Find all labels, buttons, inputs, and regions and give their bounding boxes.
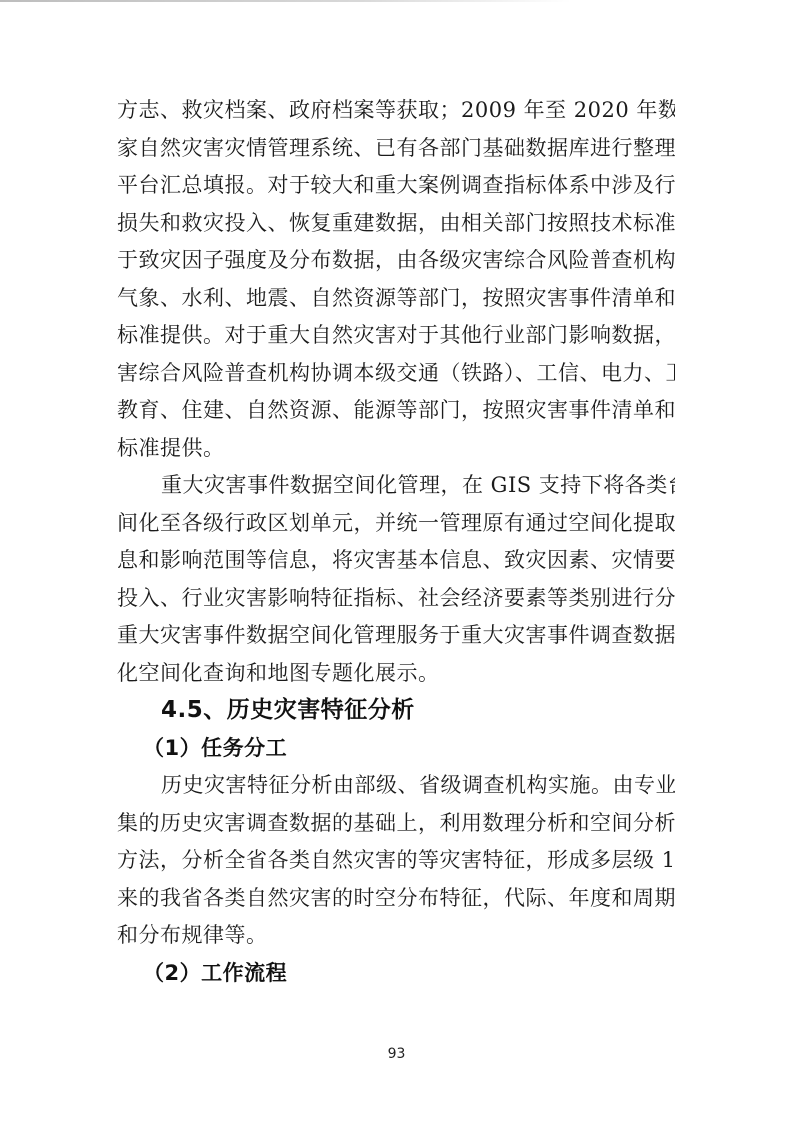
text-line: 于致灾因子强度及分布数据，由各级灾害综合风险普查机构协调本级 — [117, 242, 675, 280]
page-number: 93 — [0, 1046, 793, 1062]
text-line: 家自然灾害灾情管理系统、已有各部门基础数据库进行整理后，通过 — [117, 130, 675, 168]
text-line: 息和影响范围等信息，将灾害基本信息、致灾因素、灾情要素、救灾 — [117, 542, 675, 580]
text-line: 气象、水利、地震、自然资源等部门，按照灾害事件清单和调查技术 — [117, 280, 675, 318]
text-line: 集的历史灾害调查数据的基础上，利用数理分析和空间分析相结合的 — [117, 805, 675, 843]
text-line: 来的我省各类自然灾害的时空分布特征，代际、年度和周期变化情况 — [117, 880, 675, 918]
scan-edge-artifact — [0, 0, 793, 2]
text-line: 化空间化查询和地图专题化展示。 — [117, 655, 675, 693]
text-line: 方志、救灾档案、政府档案等获取；2009 年至 2020 年数据，基于国 — [117, 92, 675, 130]
text-line: 标准提供。对于重大自然灾害对于其他行业部门影响数据，由各级灾 — [117, 317, 675, 355]
text-line: 教育、住建、自然资源、能源等部门，按照灾害事件清单和调查技术 — [117, 392, 675, 430]
paragraph-spatial-management: 重大灾害事件数据空间化管理，在 GIS 支持下将各类台账数据空间化至各级行政区划… — [117, 467, 675, 692]
section-heading-4-5: 4.5、历史灾害特征分析 — [161, 692, 675, 730]
text-line: 间化至各级行政区划单元，并统一管理原有通过空间化提取的致灾信 — [117, 505, 675, 543]
text-line: 投入、行业灾害影响特征指标、社会经济要素等类别进行分要素管理。 — [117, 580, 675, 618]
text-line: 损失和救灾投入、恢复重建数据，由相关部门按照技术标准提供。对 — [117, 205, 675, 243]
paragraph-historical-analysis: 历史灾害特征分析由部级、省级调查机构实施。由专业人员在汇集的历史灾害调查数据的基… — [117, 767, 675, 955]
text-line: 和分布规律等。 — [117, 917, 675, 955]
text-line: 平台汇总填报。对于较大和重大案例调查指标体系中涉及行业部门的 — [117, 167, 675, 205]
paragraph-data-sources: 方志、救灾档案、政府档案等获取；2009 年至 2020 年数据，基于国家自然灾… — [117, 92, 675, 467]
subheading-task-division: （1）任务分工 — [143, 730, 675, 768]
text-line: 重大灾害事件数据空间化管理服务于重大灾害事件调查数据的可视 — [117, 617, 675, 655]
text-line: 重大灾害事件数据空间化管理，在 GIS 支持下将各类台账数据空 — [117, 467, 675, 505]
text-line: 方法，分析全省各类自然灾害的等灾害特征，形成多层级 1978 年以 — [117, 842, 675, 880]
document-page: 方志、救灾档案、政府档案等获取；2009 年至 2020 年数据，基于国家自然灾… — [0, 0, 793, 1122]
page-content: 方志、救灾档案、政府档案等获取；2009 年至 2020 年数据，基于国家自然灾… — [117, 92, 675, 992]
text-line: 历史灾害特征分析由部级、省级调查机构实施。由专业人员在汇 — [117, 767, 675, 805]
subheading-work-flow: （2）工作流程 — [143, 955, 675, 993]
text-line: 标准提供。 — [117, 430, 675, 468]
text-line: 害综合风险普查机构协调本级交通（铁路）、工信、电力、卫计委、 — [117, 355, 675, 393]
